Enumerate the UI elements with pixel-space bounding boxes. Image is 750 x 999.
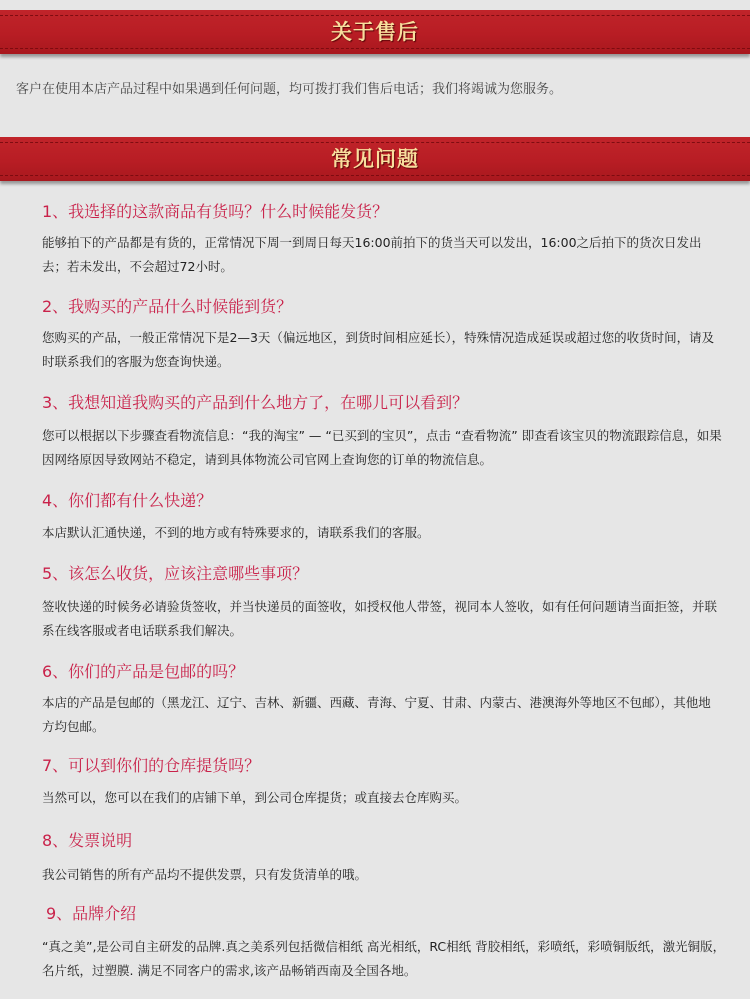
faq-answer-4: 本店默认汇通快递，不到的地方或有特殊要求的，请联系我们的客服。 (42, 521, 722, 545)
after-sales-banner: 关于售后 (0, 10, 750, 54)
faq-answer-8: 我公司销售的所有产品均不提供发票，只有发货清单的哦。 (42, 863, 722, 887)
faq-question-5: 5、该怎么收货，应该注意哪些事项？ (42, 561, 308, 584)
faq-question-8: 8、发票说明 (42, 828, 132, 851)
faq-answer-3: 您可以根据以下步骤查看物流信息：“我的淘宝” — “已买到的宝贝”，点击 “查看… (42, 424, 722, 472)
after-sales-intro: 客户在使用本店产品过程中如果遇到任何问题，均可拨打我们售后电话；我们将竭诚为您服… (16, 78, 562, 97)
faq-question-3: 3、我想知道我购买的产品到什么地方了，在哪儿可以看到？ (42, 390, 468, 413)
faq-answer-7: 当然可以，您可以在我们的店铺下单，到公司仓库提货；或直接去仓库购买。 (42, 786, 722, 810)
faq-answer-2: 您购买的产品，一般正常情况下是2—3天（偏远地区，到货时间相应延长），特殊情况造… (42, 326, 722, 374)
faq-question-4: 4、你们都有什么快递？ (42, 488, 212, 511)
faq-question-2: 2、我购买的产品什么时候能到货？ (42, 294, 292, 317)
faq-answer-1: 能够拍下的产品都是有货的，正常情况下周一到周日每天16:00前拍下的货当天可以发… (42, 231, 722, 279)
faq-question-1: 1、我选择的这款商品有货吗？什么时候能发货？ (42, 199, 388, 222)
after-sales-title: 关于售后 (0, 10, 750, 54)
faq-answer-6: 本店的产品是包邮的（黑龙江、辽宁、吉林、新疆、西藏、青海、宁夏、甘肃、内蒙古、港… (42, 691, 722, 739)
faq-title: 常见问题 (0, 137, 750, 181)
faq-question-6: 6、你们的产品是包邮的吗？ (42, 659, 244, 682)
faq-question-9: 9、品牌介绍 (46, 901, 136, 924)
faq-answer-5: 签收快递的时候务必请验货签收，并当快递员的面签收，如授权他人带签，视同本人签收，… (42, 595, 722, 643)
faq-question-7: 7、可以到你们的仓库提货吗？ (42, 753, 260, 776)
faq-banner: 常见问题 (0, 137, 750, 181)
faq-answer-9: “真之美”,是公司自主研发的品牌.真之美系列包括微信相纸 高光相纸，RC相纸 背… (42, 935, 732, 983)
